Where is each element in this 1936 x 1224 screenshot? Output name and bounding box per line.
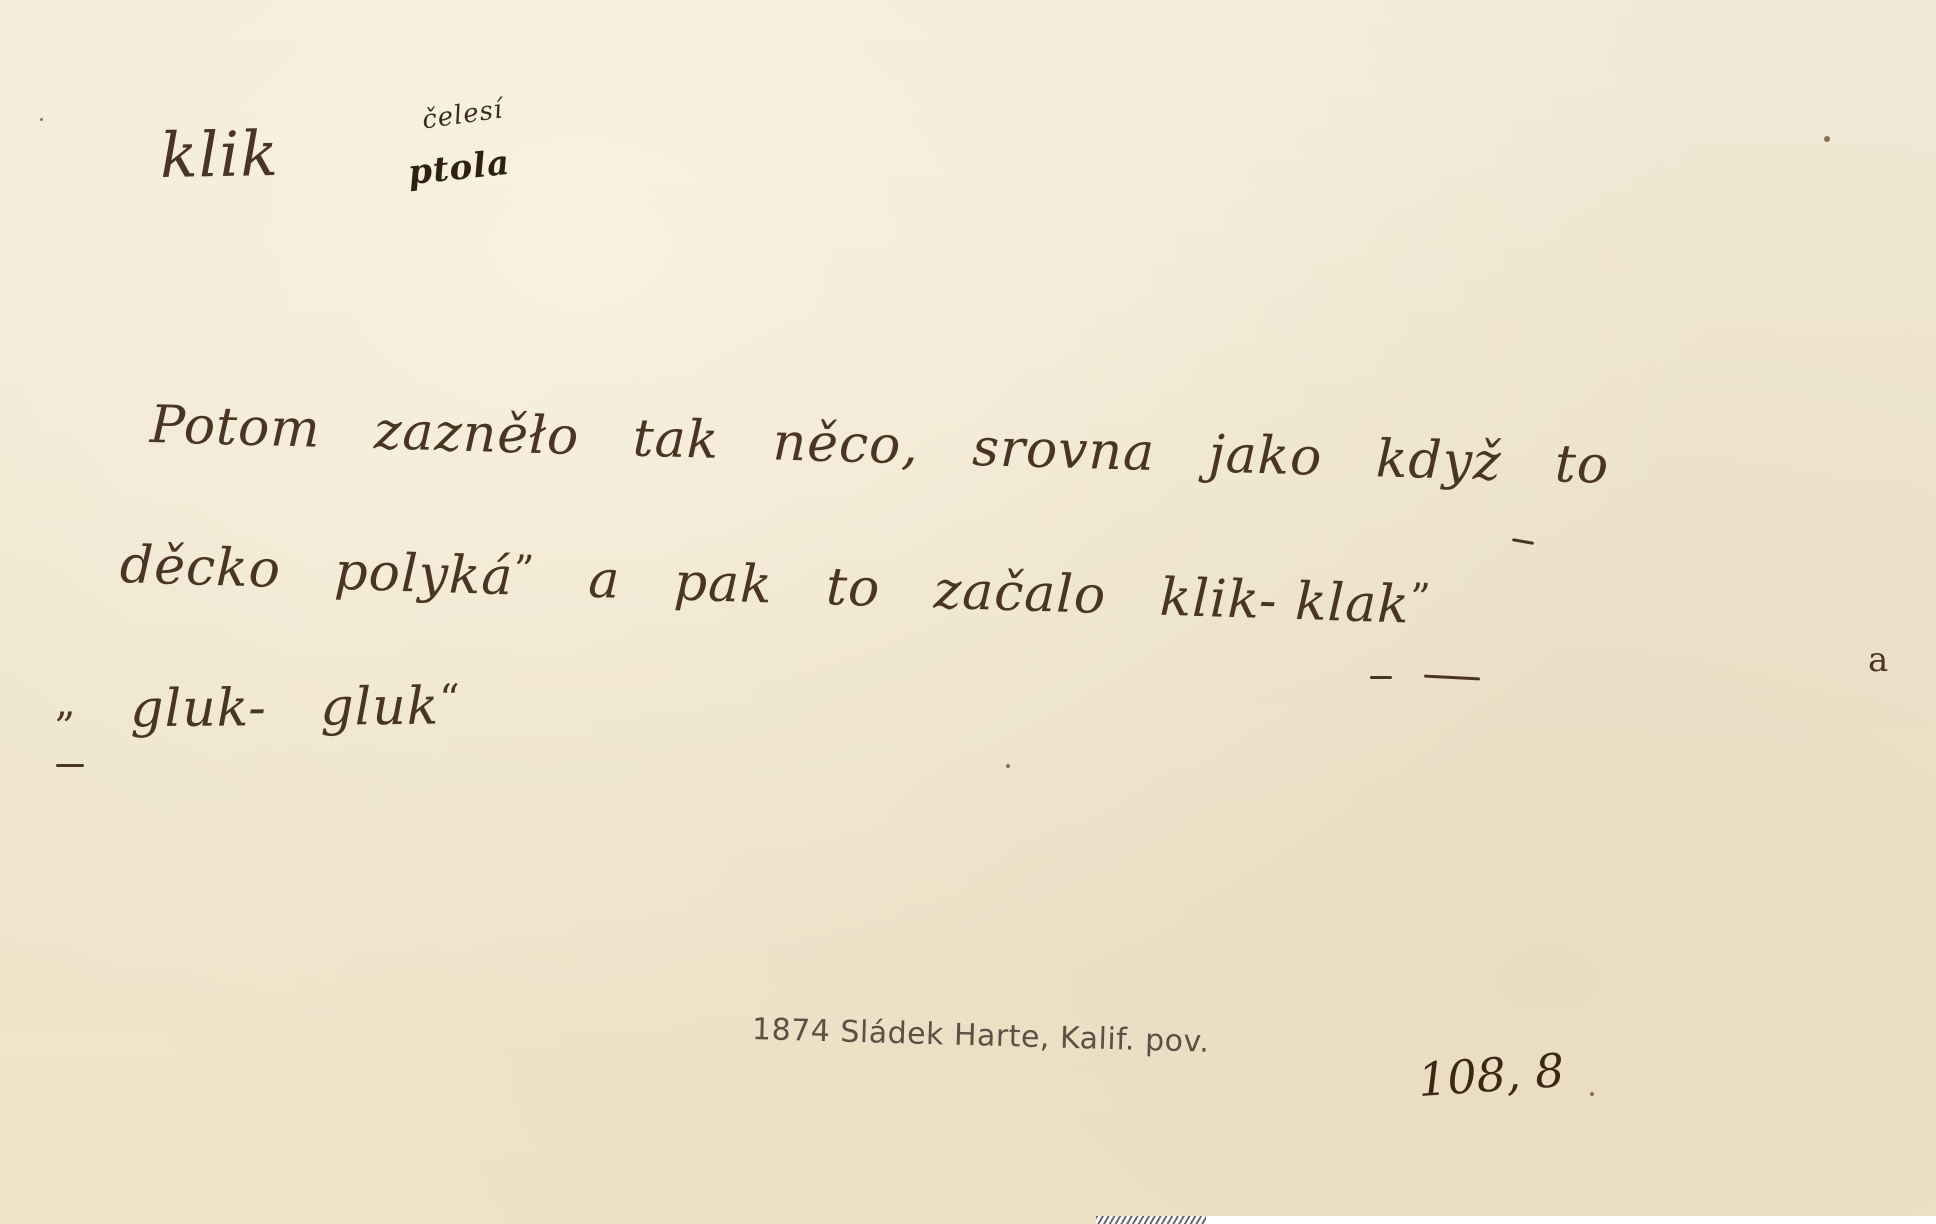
word: gluk- xyxy=(130,678,267,739)
word: srovna xyxy=(972,418,1156,483)
paper-speck xyxy=(1824,136,1830,142)
word: gluk xyxy=(320,677,439,738)
quote-mark: ” xyxy=(1409,576,1432,623)
word: Potom xyxy=(149,395,321,460)
headword: klik xyxy=(159,117,279,192)
word: to xyxy=(1554,434,1610,495)
paper-speck xyxy=(40,118,43,121)
annotation-top: čelesí xyxy=(420,94,505,135)
quote-mark: „ xyxy=(55,680,77,726)
word: začalo xyxy=(933,561,1107,626)
word: děcko xyxy=(119,535,282,600)
quote-underline xyxy=(1370,676,1392,679)
quote-underline xyxy=(1512,538,1534,545)
word: jako xyxy=(1208,425,1324,488)
word: klak xyxy=(1294,572,1410,636)
body-line-1: Potom zazněło tak něco, srovna jako když… xyxy=(149,395,1646,497)
word: polyká xyxy=(333,542,514,608)
scan-hatch xyxy=(1096,1216,1206,1224)
scan-edge xyxy=(1096,1216,1936,1224)
insertion-stroke xyxy=(1424,675,1480,681)
paper-speck xyxy=(1590,1092,1594,1096)
reference-number: 108, 8 xyxy=(1416,1043,1566,1107)
trailing-conjunction: a xyxy=(1868,640,1889,680)
word: klik- xyxy=(1159,568,1279,632)
paper-speck xyxy=(1006,764,1010,768)
word: když xyxy=(1375,429,1502,492)
index-card: klik čelesí ptola Potom zazněło tak něco… xyxy=(0,0,1936,1224)
word: tak xyxy=(632,408,720,470)
body-line-3: „ gluk- gluk“ xyxy=(55,676,461,740)
quote-mark: “ xyxy=(439,676,461,722)
word: zazněło xyxy=(373,401,580,467)
word: to xyxy=(825,557,881,619)
quote-underline xyxy=(56,764,84,767)
source-citation: 1874 Sládek Harte, Kalif. pov. xyxy=(752,1012,1210,1060)
word: a xyxy=(587,550,621,611)
word: něco, xyxy=(772,412,920,476)
annotation-bottom: ptola xyxy=(406,143,512,193)
quote-mark: ” xyxy=(513,547,536,594)
word: pak xyxy=(673,552,774,615)
body-line-2: děcko polyká” a pak to začalo klik- klak… xyxy=(119,535,1432,636)
